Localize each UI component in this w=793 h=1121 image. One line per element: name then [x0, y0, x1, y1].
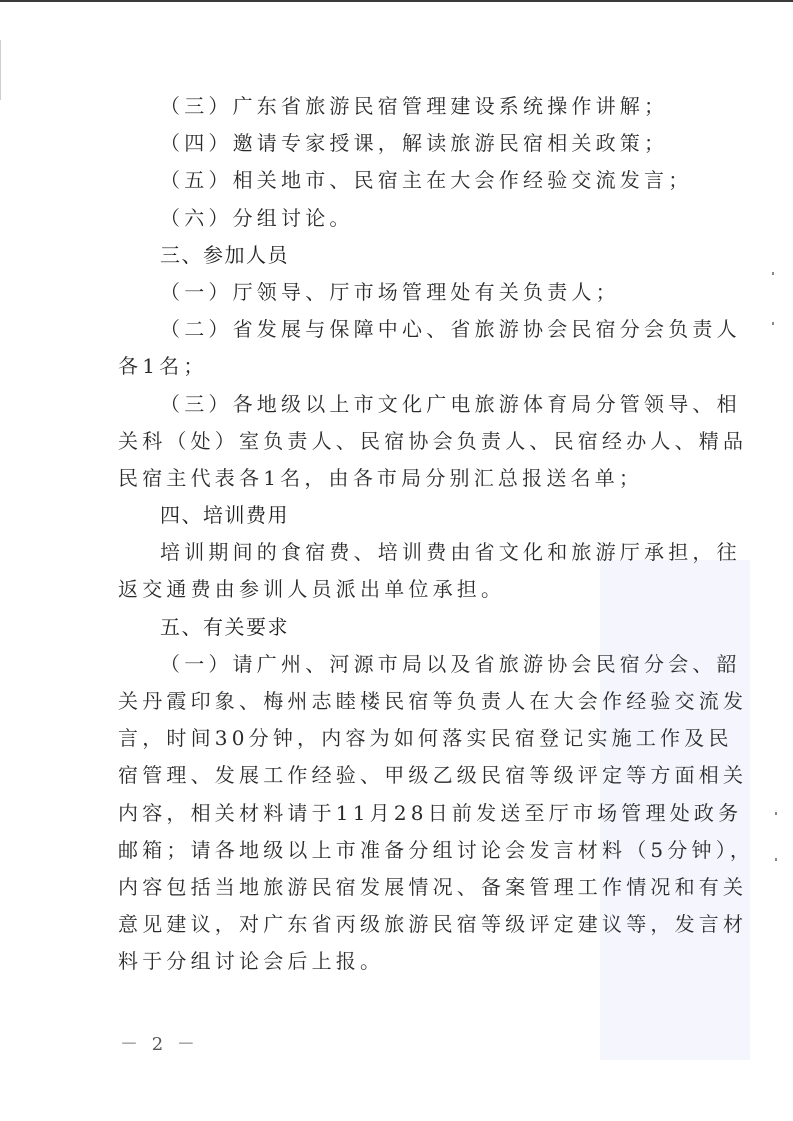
section-heading-participants: 三、参加人员 [118, 237, 674, 274]
document-body: （三）广东省旅游民宿管理建设系统操作讲解； （四）邀请专家授课，解读旅游民宿相关… [118, 88, 674, 981]
requirements-item-1-cont-1: 关丹霞印象、梅州志睦楼民宿等负责人在大会作经验交流发 [118, 683, 674, 720]
requirements-item-1-cont-5: 邮箱；请各地级以上市准备分组讨论会发言材料（5分钟）， [118, 832, 674, 869]
participants-item-3: （三）各地级以上市文化广电旅游体育局分管领导、相 [118, 386, 674, 423]
participants-item-1: （一）厅领导、厅市场管理处有关负责人； [118, 274, 674, 311]
requirements-item-1-cont-8: 料于分组讨论会后上报。 [118, 943, 674, 980]
scan-left-edge [0, 40, 1, 100]
page-number: － 2 － [120, 1030, 199, 1056]
scan-top-edge [0, 0, 793, 2]
section-heading-training-fees: 四、培训费用 [118, 497, 674, 534]
requirements-item-1: （一）请广州、河源市局以及省旅游协会民宿分会、韶 [118, 646, 674, 683]
requirements-item-1-cont-3: 宿管理、发展工作经验、甲级乙级民宿等级评定等方面相关 [118, 757, 674, 794]
list-item-3-system-operation: （三）广东省旅游民宿管理建设系统操作讲解； [118, 88, 674, 125]
section-heading-requirements: 五、有关要求 [118, 609, 674, 646]
scan-speck [775, 812, 777, 815]
scan-speck [772, 322, 774, 325]
list-item-4-expert-lecture: （四）邀请专家授课，解读旅游民宿相关政策； [118, 125, 674, 162]
training-fees-paragraph-cont: 返交通费由参训人员派出单位承担。 [118, 571, 674, 608]
list-item-5-experience-sharing: （五）相关地市、民宿主在大会作经验交流发言； [118, 162, 674, 199]
participants-item-3-cont-1: 关科（处）室负责人、民宿协会负责人、民宿经办人、精品 [118, 423, 674, 460]
list-item-6-group-discussion: （六）分组讨论。 [118, 200, 674, 237]
participants-item-2-cont: 各1名； [118, 348, 674, 385]
requirements-item-1-cont-2: 言，时间30分钟，内容为如何落实民宿登记实施工作及民 [118, 720, 674, 757]
requirements-item-1-cont-6: 内容包括当地旅游民宿发展情况、备案管理工作情况和有关 [118, 869, 674, 906]
scan-speck [775, 858, 777, 861]
participants-item-2: （二）省发展与保障中心、省旅游协会民宿分会负责人 [118, 311, 674, 348]
participants-item-3-cont-2: 民宿主代表各1名，由各市局分别汇总报送名单； [118, 460, 674, 497]
training-fees-paragraph: 培训期间的食宿费、培训费由省文化和旅游厅承担，往 [118, 534, 674, 571]
scan-speck [772, 272, 774, 275]
requirements-item-1-cont-7: 意见建议，对广东省丙级旅游民宿等级评定建议等，发言材 [118, 906, 674, 943]
requirements-item-1-cont-4: 内容，相关材料请于11月28日前发送至厅市场管理处政务 [118, 795, 674, 832]
